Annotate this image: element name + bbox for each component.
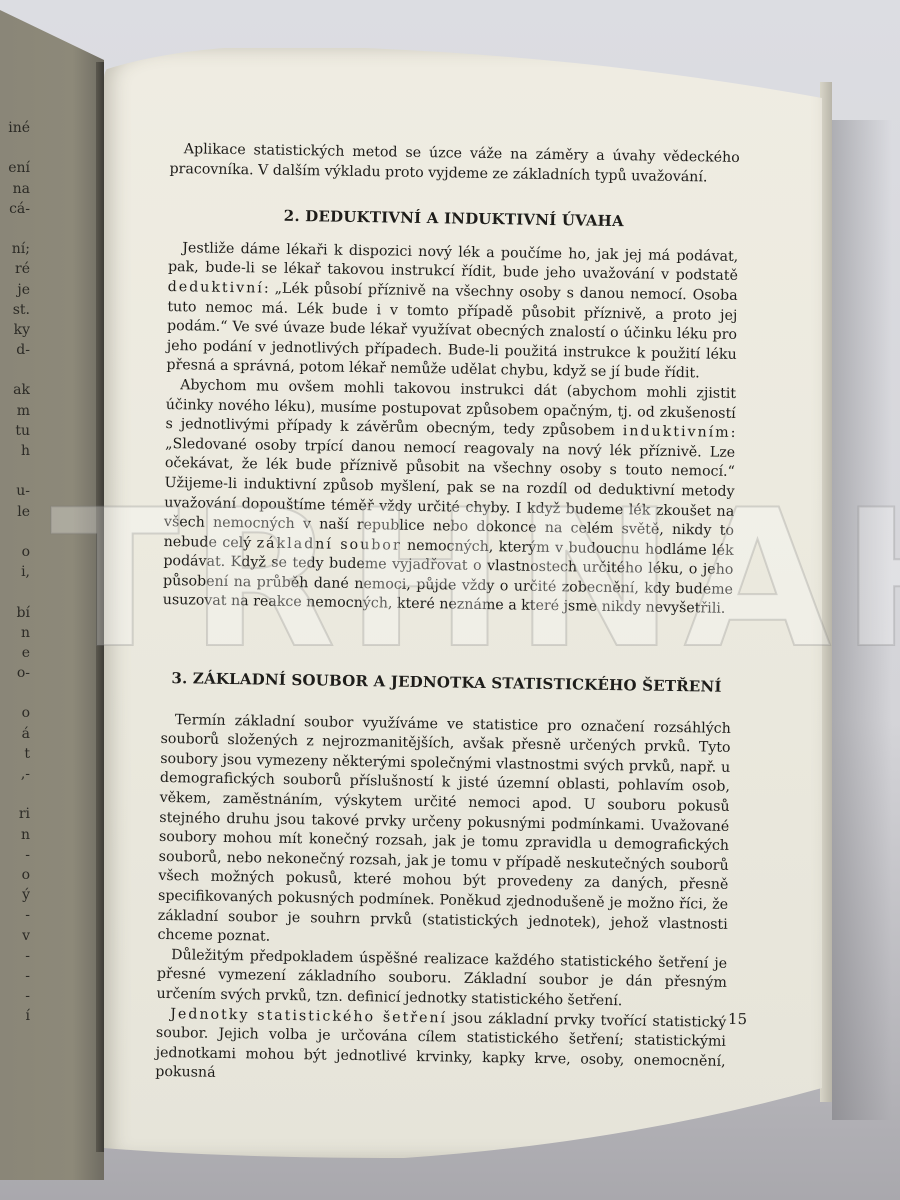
term-deductive: deduktivní (168, 279, 264, 297)
left-page-fragment (0, 219, 30, 239)
left-page-fragment: bí (0, 603, 30, 623)
left-page-fragment: - (0, 986, 30, 1006)
text-run: : „Sledované osoby trpící danou nemocí r… (164, 425, 736, 551)
left-page-fragment: ý (0, 885, 30, 905)
left-page-fragment: cá- (0, 199, 30, 219)
left-page-fragment: e (0, 643, 30, 663)
left-page-fragment: v (0, 926, 30, 946)
left-page-fragment: ak (0, 380, 30, 400)
section2-paragraph-2: Abychom mu ovšem mohli takovou instrukci… (163, 376, 737, 620)
left-page-fragment: le (0, 502, 30, 522)
left-page-fragment: ,- (0, 764, 30, 784)
left-page-fragment: st. (0, 300, 30, 320)
section-heading-2: 2. DEDUKTIVNÍ A INDUKTIVNÍ ÚVAHA (169, 205, 739, 234)
left-page-fragment (0, 784, 30, 804)
left-page-fragment: o (0, 703, 30, 723)
term-statistical-unit: Jednotky statistického šetření (170, 1006, 447, 1026)
left-page-fragment: iné (0, 118, 30, 138)
page-content: Aplikace statistických metod se úzce váž… (155, 140, 740, 1092)
left-page-fragment: n (0, 825, 30, 845)
left-page-fragment: á (0, 724, 30, 744)
left-page-text-fragments: inéenínacá-ní;réjest.kyd-akmtuhu-leoi,bí… (0, 118, 30, 1026)
left-page-fragment: o- (0, 663, 30, 683)
left-page-fragment (0, 138, 30, 158)
left-page-fragment: ení (0, 158, 30, 178)
left-page-fragment (0, 461, 30, 481)
left-page-fragment: u- (0, 481, 30, 501)
section-heading-3: 3. ZÁKLADNÍ SOUBOR A JEDNOTKA STATISTICK… (161, 669, 731, 698)
left-page-fragment: ky (0, 320, 30, 340)
intro-paragraph: Aplikace statistických metod se úzce váž… (169, 140, 740, 188)
section2-paragraph-1: Jestliže dáme lékaři k dispozici nový lé… (166, 239, 738, 385)
left-page-fragment (0, 360, 30, 380)
left-page-fragment (0, 582, 30, 602)
left-page-fragment: - (0, 966, 30, 986)
left-page-fragment: o (0, 865, 30, 885)
left-page-fragment: t (0, 744, 30, 764)
left-page-fragment: - (0, 905, 30, 925)
left-page-fragment (0, 683, 30, 703)
left-page-fragment (0, 522, 30, 542)
left-page-fragment: i, (0, 562, 30, 582)
left-page-fragment: n (0, 623, 30, 643)
left-page-fragment: je (0, 280, 30, 300)
left-page-fragment: í (0, 1006, 30, 1026)
book-shadow (832, 120, 892, 1120)
left-page-fragment: - (0, 946, 30, 966)
left-page-fragment: h (0, 441, 30, 461)
book-gutter (96, 62, 104, 1152)
left-page-fragment: d- (0, 340, 30, 360)
section3-paragraph-2: Důležitým předpokladem úspěšné realizace… (156, 946, 727, 1014)
text-run: Jestliže dáme lékaři k dispozici nový lé… (168, 240, 738, 284)
left-page-fragment: ré (0, 259, 30, 279)
section3-paragraph-1: Termín základní soubor využíváme ve stat… (157, 711, 731, 955)
page-number: 15 (728, 1010, 747, 1028)
left-page-fragment: ri (0, 804, 30, 824)
term-inductive: induktivním (623, 423, 731, 441)
section3-paragraph-3: Jednotky statistického šetření jsou zákl… (155, 1004, 726, 1091)
left-page-fragment: na (0, 179, 30, 199)
left-page-fragment: tu (0, 421, 30, 441)
term-population: základní soubor (257, 535, 402, 553)
left-page-fragment: - (0, 845, 30, 865)
left-page-fragment: o (0, 542, 30, 562)
left-page-fragment: m (0, 401, 30, 421)
left-page-fragment: ní; (0, 239, 30, 259)
